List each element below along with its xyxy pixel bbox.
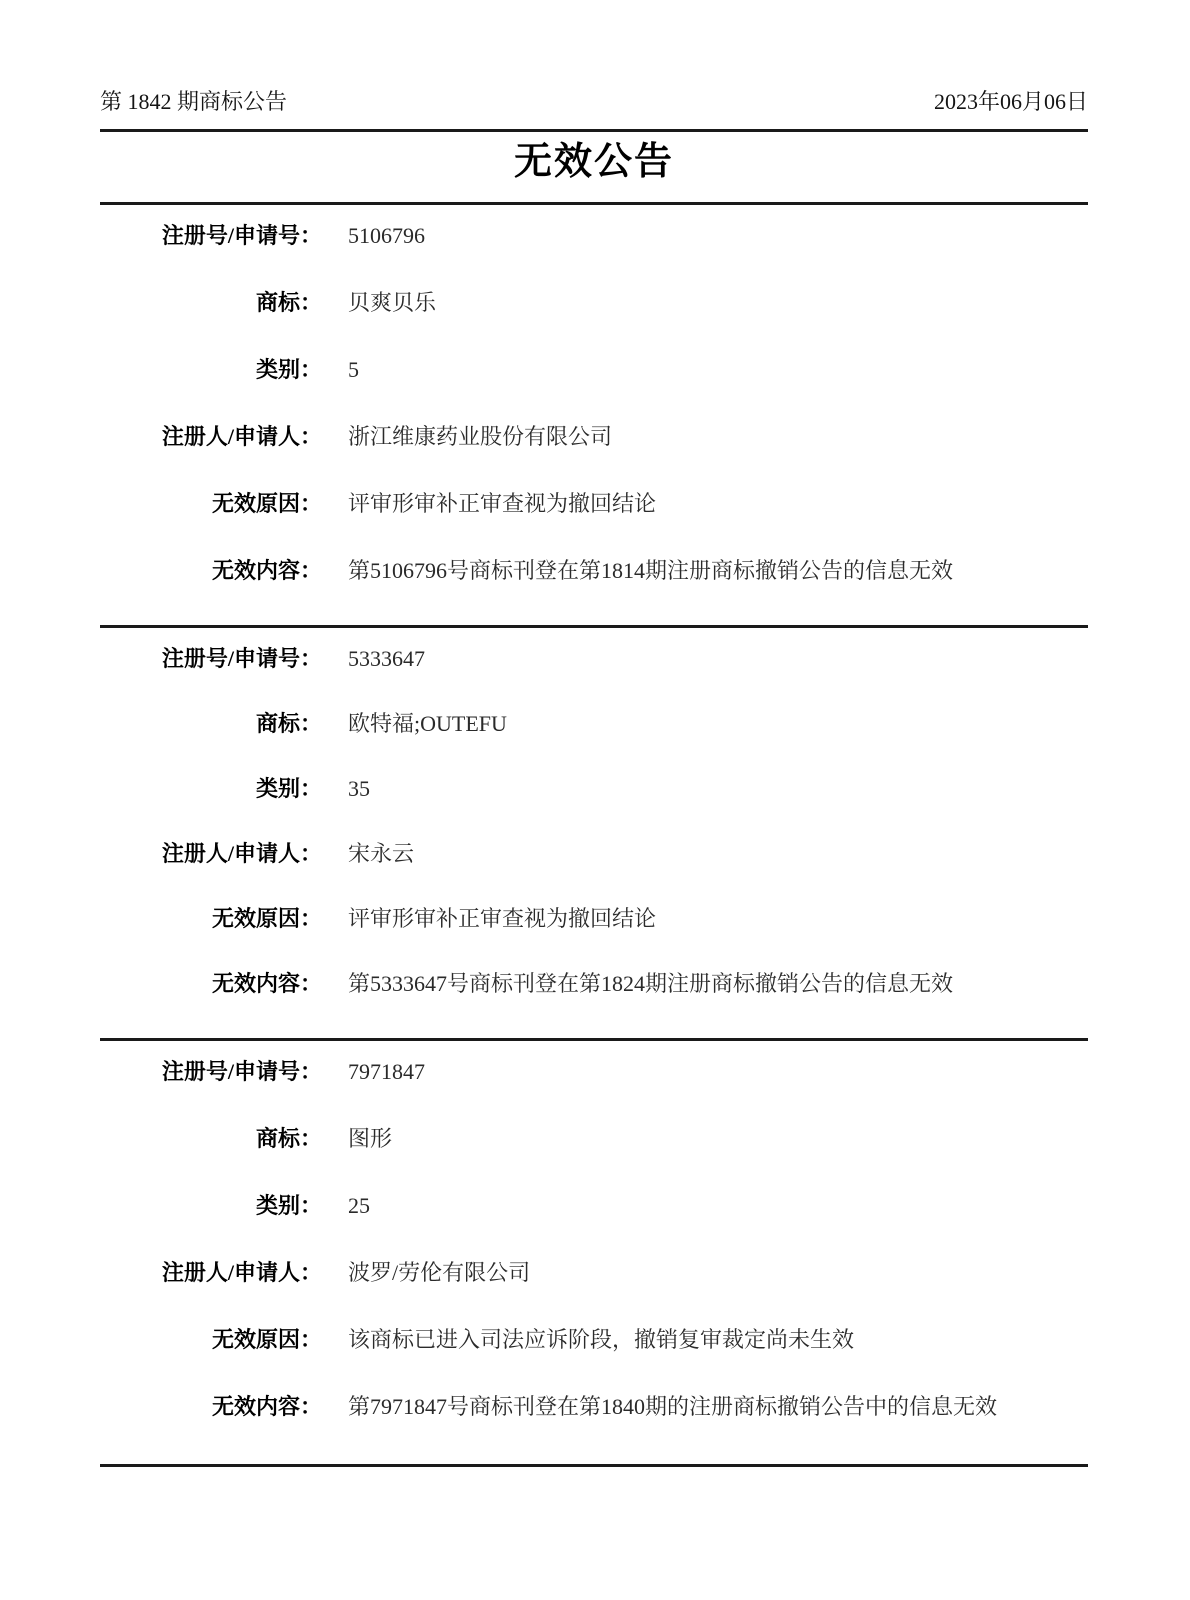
field-row-invalid-reason: 无效原因： 评审形审补正审查视为撤回结论	[100, 904, 1088, 933]
gazette-issue-number: 第 1842 期商标公告	[100, 88, 287, 115]
invalid-content-label: 无效内容：	[100, 969, 322, 998]
field-row-registrant: 注册人/申请人： 波罗/劳伦有限公司	[100, 1258, 1088, 1287]
registration-number-value: 5333647	[348, 644, 425, 673]
registrant-value: 宋永云	[348, 839, 414, 868]
page-header: 第 1842 期商标公告 2023年06月06日	[100, 0, 1088, 132]
field-row-invalid-content: 无效内容： 第5333647号商标刊登在第1824期注册商标撤销公告的信息无效	[100, 969, 1088, 998]
title-block: 无效公告	[100, 138, 1088, 205]
registration-number-value: 5106796	[348, 221, 425, 250]
class-value: 35	[348, 774, 370, 803]
field-row-registrant: 注册人/申请人： 宋永云	[100, 839, 1088, 868]
registrant-value: 波罗/劳伦有限公司	[348, 1258, 530, 1287]
field-row-invalid-reason: 无效原因： 评审形审补正审查视为撤回结论	[100, 489, 1088, 518]
field-row-registration-number: 注册号/申请号： 5333647	[100, 644, 1088, 673]
field-row-invalid-content: 无效内容： 第5106796号商标刊登在第1814期注册商标撤销公告的信息无效	[100, 556, 1088, 585]
registration-number-label: 注册号/申请号：	[100, 644, 322, 673]
trademark-value: 欧特福;OUTEFU	[348, 709, 507, 738]
class-label: 类别：	[100, 1191, 322, 1220]
trademark-value: 贝爽贝乐	[348, 288, 436, 317]
class-label: 类别：	[100, 774, 322, 803]
field-row-trademark: 商标： 贝爽贝乐	[100, 288, 1088, 317]
invalid-reason-value: 评审形审补正审查视为撤回结论	[348, 489, 656, 518]
trademark-label: 商标：	[100, 709, 322, 738]
invalid-content-value: 第5333647号商标刊登在第1824期注册商标撤销公告的信息无效	[348, 969, 953, 998]
field-row-registration-number: 注册号/申请号： 7971847	[100, 1057, 1088, 1086]
registrant-value: 浙江维康药业股份有限公司	[348, 422, 612, 451]
trademark-record: 注册号/申请号： 5106796 商标： 贝爽贝乐 类别： 5 注册人/申请人：…	[100, 205, 1088, 628]
registration-number-label: 注册号/申请号：	[100, 221, 322, 250]
invalid-reason-value: 该商标已进入司法应诉阶段，撤销复审裁定尚未生效	[348, 1325, 854, 1354]
gazette-page: 第 1842 期商标公告 2023年06月06日 无效公告 注册号/申请号： 5…	[100, 0, 1088, 1467]
field-row-registration-number: 注册号/申请号： 5106796	[100, 221, 1088, 250]
registrant-label: 注册人/申请人：	[100, 1258, 322, 1287]
class-value: 5	[348, 355, 359, 384]
field-row-class: 类别： 25	[100, 1191, 1088, 1220]
field-row-trademark: 商标： 图形	[100, 1124, 1088, 1153]
invalid-reason-label: 无效原因：	[100, 489, 322, 518]
field-row-class: 类别： 5	[100, 355, 1088, 384]
invalid-content-label: 无效内容：	[100, 556, 322, 585]
registrant-label: 注册人/申请人：	[100, 422, 322, 451]
field-row-invalid-content: 无效内容： 第7971847号商标刊登在第1840期的注册商标撤销公告中的信息无…	[100, 1392, 1088, 1421]
field-row-invalid-reason: 无效原因： 该商标已进入司法应诉阶段，撤销复审裁定尚未生效	[100, 1325, 1088, 1354]
page-title: 无效公告	[100, 138, 1088, 186]
invalid-content-value: 第7971847号商标刊登在第1840期的注册商标撤销公告中的信息无效	[348, 1392, 997, 1421]
field-row-class: 类别： 35	[100, 774, 1088, 803]
trademark-label: 商标：	[100, 288, 322, 317]
class-value: 25	[348, 1191, 370, 1220]
invalid-content-value: 第5106796号商标刊登在第1814期注册商标撤销公告的信息无效	[348, 556, 953, 585]
registration-number-value: 7971847	[348, 1057, 425, 1086]
invalid-content-label: 无效内容：	[100, 1392, 322, 1421]
field-row-trademark: 商标： 欧特福;OUTEFU	[100, 709, 1088, 738]
trademark-label: 商标：	[100, 1124, 322, 1153]
registration-number-label: 注册号/申请号：	[100, 1057, 322, 1086]
publication-date: 2023年06月06日	[934, 88, 1088, 115]
invalid-reason-value: 评审形审补正审查视为撤回结论	[348, 904, 656, 933]
trademark-record: 注册号/申请号： 5333647 商标： 欧特福;OUTEFU 类别： 35 注…	[100, 628, 1088, 1041]
registrant-label: 注册人/申请人：	[100, 839, 322, 868]
invalid-reason-label: 无效原因：	[100, 904, 322, 933]
trademark-record: 注册号/申请号： 7971847 商标： 图形 类别： 25 注册人/申请人： …	[100, 1041, 1088, 1467]
field-row-registrant: 注册人/申请人： 浙江维康药业股份有限公司	[100, 422, 1088, 451]
invalid-reason-label: 无效原因：	[100, 1325, 322, 1354]
trademark-value: 图形	[348, 1124, 392, 1153]
class-label: 类别：	[100, 355, 322, 384]
